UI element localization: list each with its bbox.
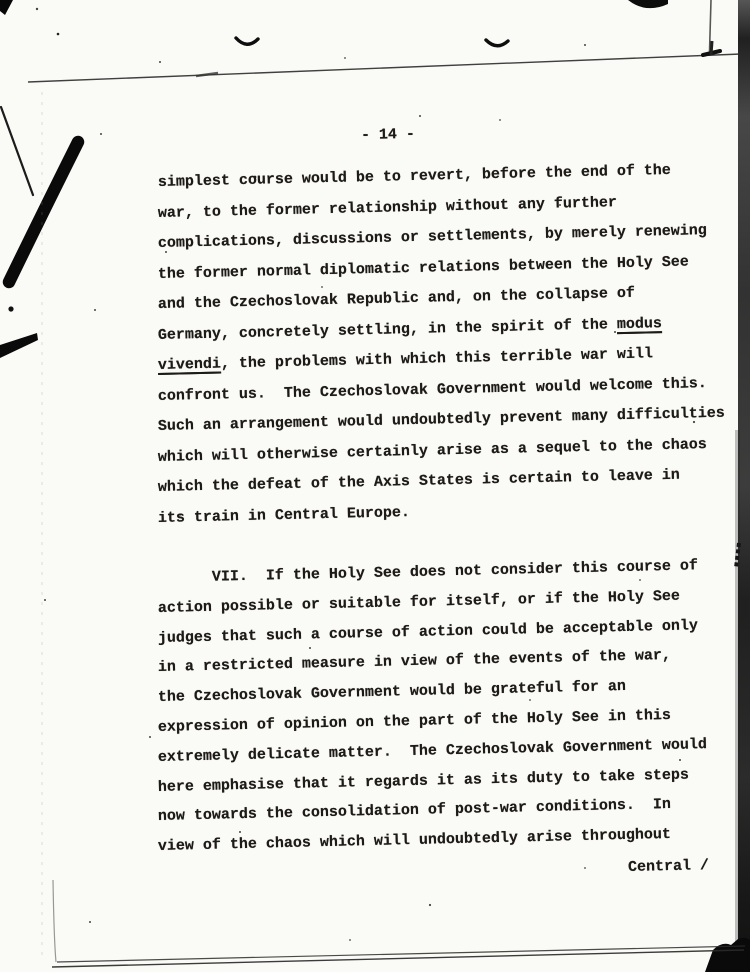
text-segment: the Czechoslovak Government would be gra… [158, 678, 626, 706]
pen-wedge-left [0, 333, 38, 358]
underlined-text: vivendi [158, 356, 221, 374]
paragraph-2: VII. If the Holy See does not consider t… [158, 564, 750, 862]
pen-curve-mark-left [236, 38, 258, 44]
underlined-text: modus [617, 315, 662, 333]
text-segment: expression of opinion on the part of the… [158, 707, 671, 736]
text-segment: war, to the former relationship without … [158, 194, 617, 222]
pen-stroke-thin-left [1, 107, 33, 195]
text-segment: Such an arrangement would undoubtedly pr… [158, 405, 725, 435]
ink-mark-top-left-corner [0, 0, 13, 15]
fold-line-top-right [710, 0, 712, 52]
scanned-document-page: - 14 - simplest course would be to rever… [0, 0, 750, 972]
page-bottom-edge-line-1 [52, 950, 744, 967]
page-bottom-edge-line-2 [57, 946, 745, 962]
text-segment: Germany, concretely settling, in the spi… [158, 316, 617, 344]
catchword: Central / [628, 856, 709, 878]
ink-dot-left [8, 306, 13, 311]
text-segment: complications, discussions or settlement… [158, 222, 707, 252]
text-segment: its train in Central Europe. [158, 504, 410, 527]
page-left-edge-line-bottom [53, 880, 56, 962]
text-segment: action possible or suitable for itself, … [158, 587, 680, 616]
pen-curve-mark-right [486, 40, 508, 46]
pen-stroke-thick-left [9, 142, 78, 282]
text-segment: , the problems with which this terrible … [221, 345, 653, 372]
ink-blob-top-right [628, 0, 668, 8]
fold-mark-top-right-dash [711, 41, 712, 55]
text-segment: view of the chaos which will undoubtedly… [158, 826, 671, 855]
document-body: simplest course would be to revert, befo… [158, 168, 750, 862]
page-number: - 14 - [361, 126, 415, 145]
text-segment: the former normal diplomatic relations b… [158, 253, 689, 283]
fold-mark-top-right [703, 51, 720, 55]
page-top-edge-line [28, 54, 741, 82]
text-segment: and the Czechoslovak Republic and, on th… [158, 285, 635, 313]
ink-blob-bottom-right [705, 938, 750, 972]
page-top-edge-thickening [196, 73, 218, 76]
text-segment: simplest course would be to revert, befo… [158, 162, 671, 191]
paragraph-1: simplest course would be to revert, befo… [158, 168, 750, 534]
text-segment: which the defeat of the Axis States is c… [158, 467, 680, 496]
